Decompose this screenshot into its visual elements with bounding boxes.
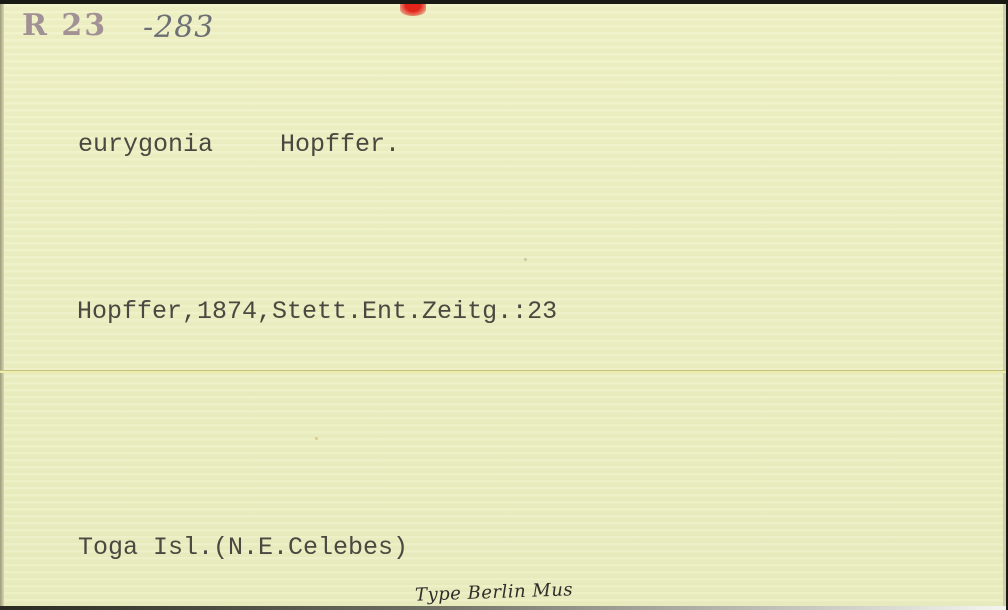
paper-speck <box>315 437 318 440</box>
handwritten-type-note: Type Berlin Mus <box>415 579 574 606</box>
card-crease-line <box>0 370 1006 373</box>
species-name: eurygonia <box>78 130 213 159</box>
card-right-edge <box>1003 4 1006 606</box>
accession-stamp: R 23 <box>22 8 107 43</box>
card-left-edge <box>0 4 4 606</box>
paper-speck <box>524 258 527 261</box>
scan-bottom-edge <box>0 606 1006 610</box>
type-locality: Toga Isl.(N.E.Celebes) <box>78 533 408 562</box>
index-card: R 23 -283 eurygonia Hopffer. Hopffer,187… <box>0 4 1006 606</box>
red-marker-tab <box>400 4 426 16</box>
accession-handwritten-number: -283 <box>143 10 214 45</box>
species-author: Hopffer. <box>280 130 400 159</box>
literature-citation: Hopffer,1874,Stett.Ent.Zeitg.:23 <box>77 297 557 326</box>
